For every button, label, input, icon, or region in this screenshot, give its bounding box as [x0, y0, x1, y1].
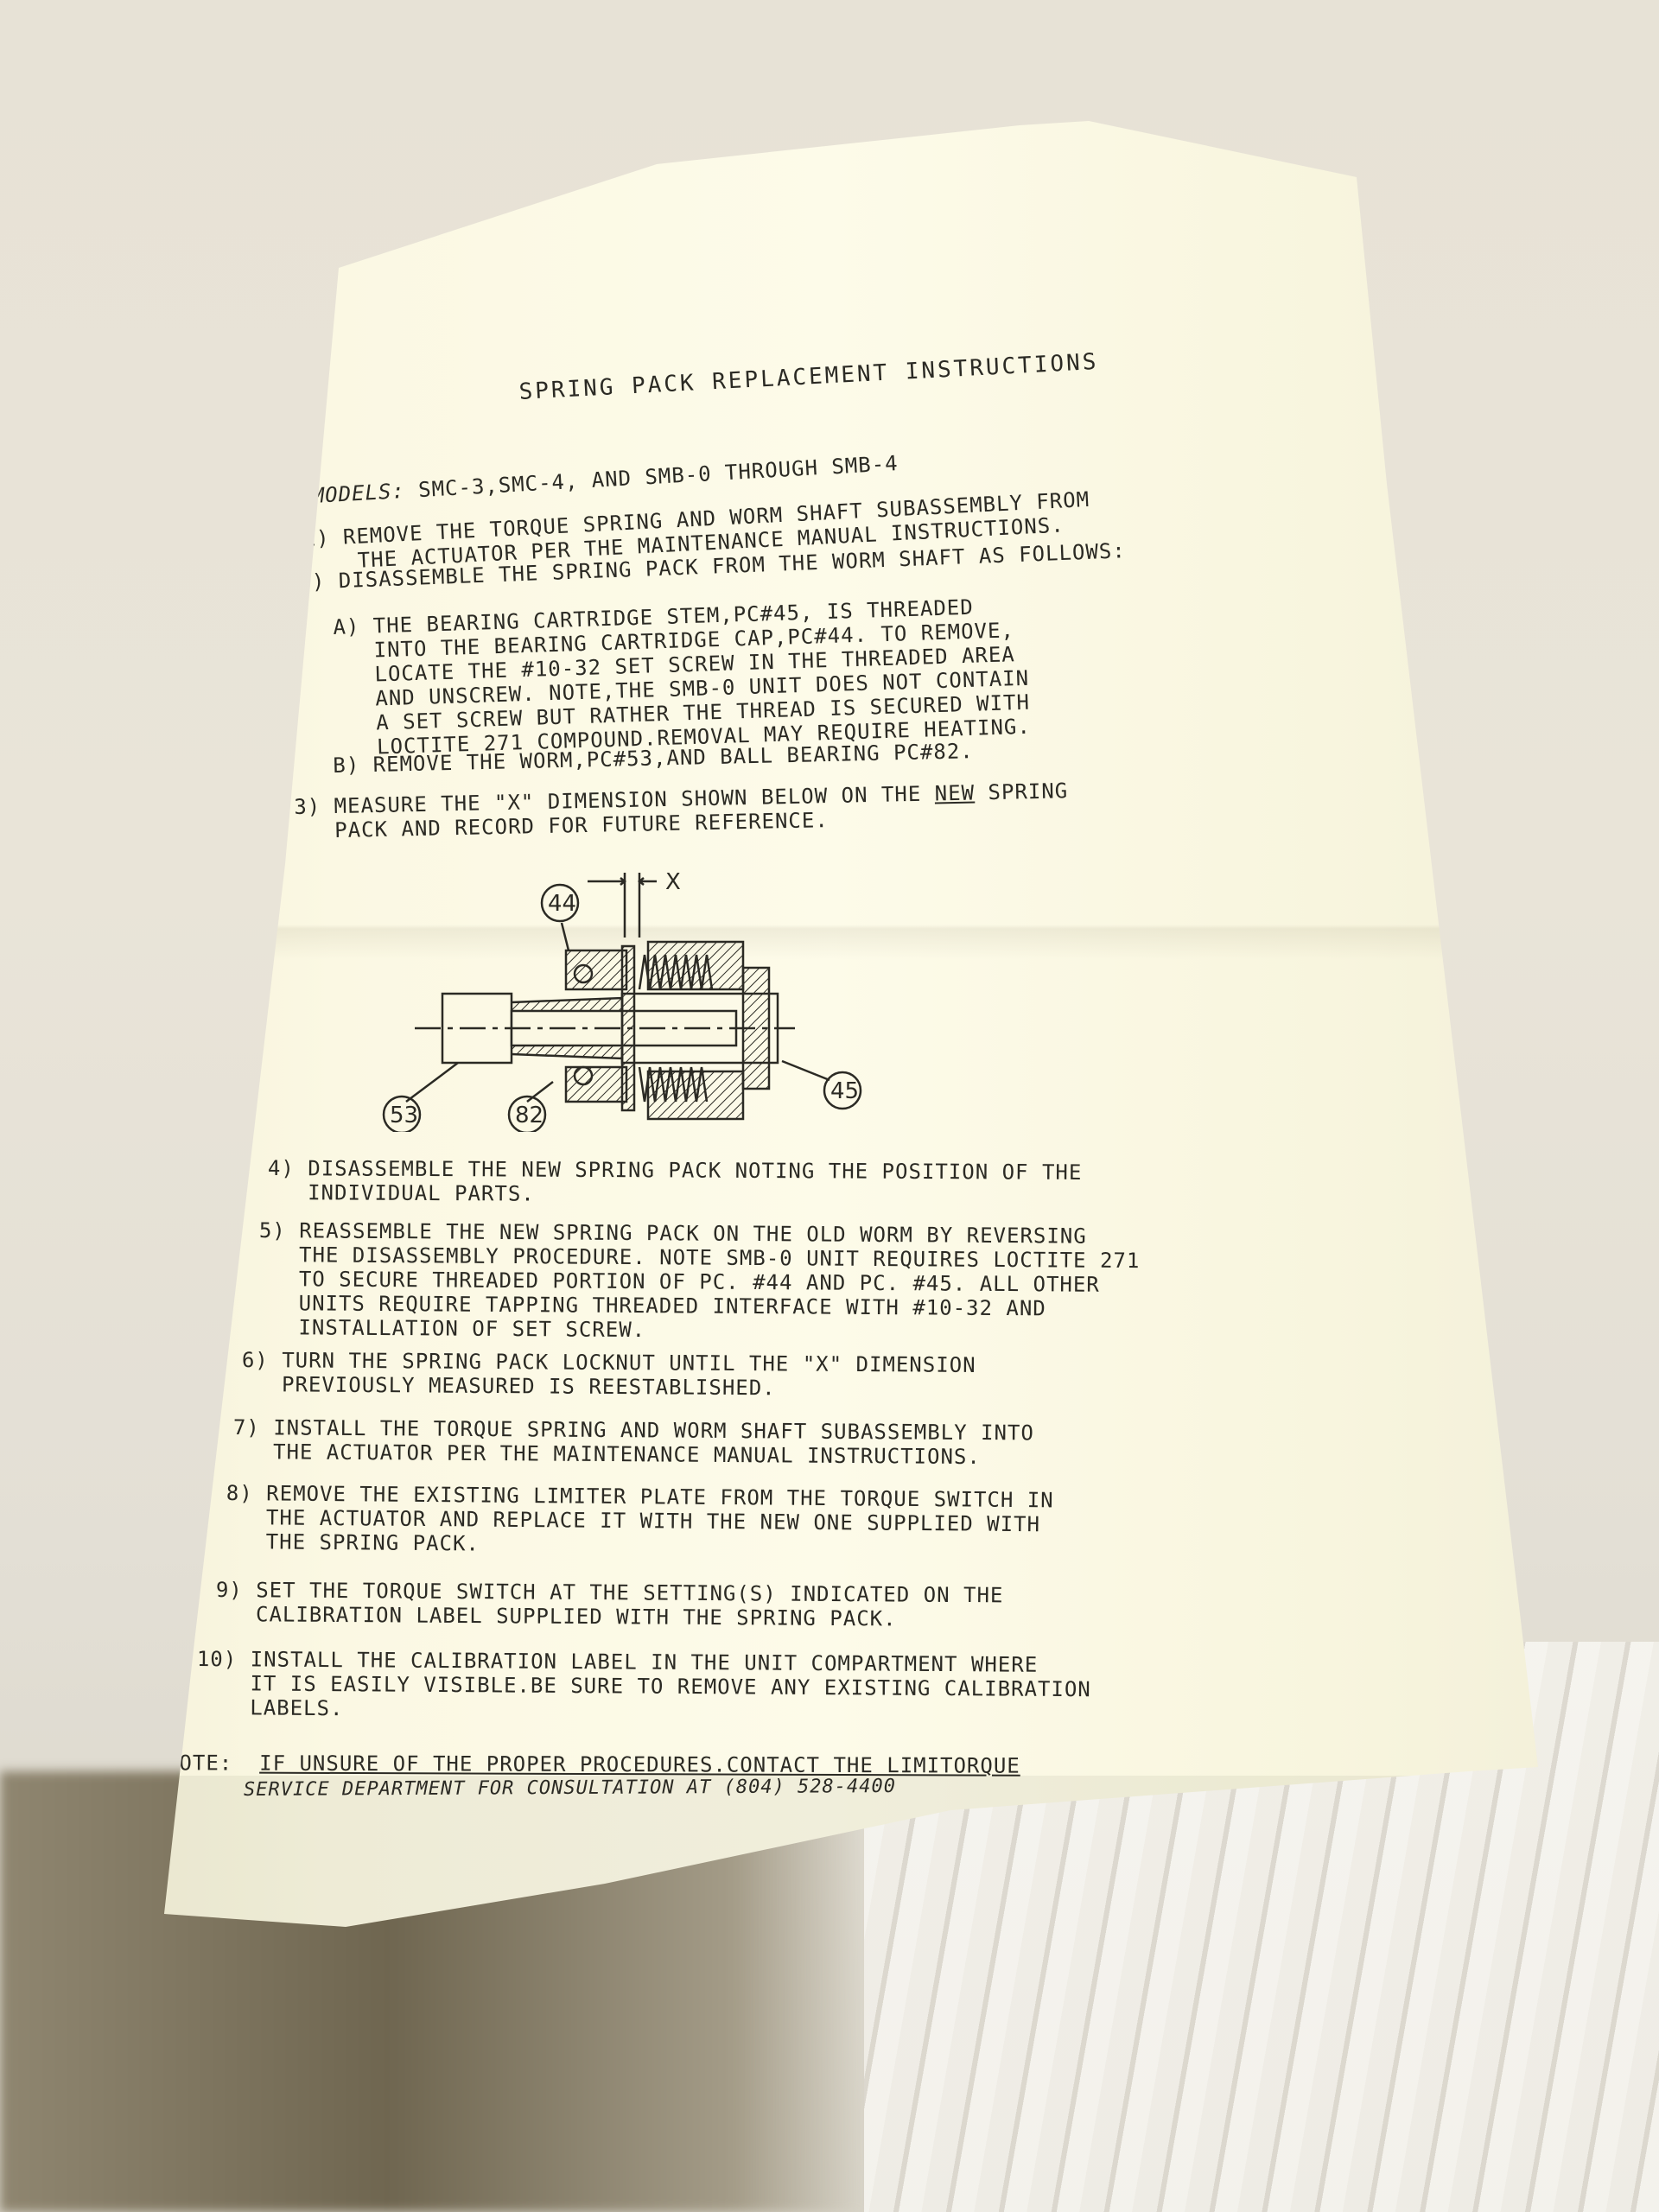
step-5: 5) REASSEMBLE THE NEW SPRING PACK ON THE…: [258, 1218, 1141, 1345]
step-line: IT IS EASILY VISIBLE.BE SURE TO REMOVE A…: [250, 1671, 1090, 1701]
models-line: MODELS: SMC-3,SMC-4, AND SMB-0 THROUGH S…: [311, 451, 899, 508]
step-number: 4): [268, 1156, 295, 1180]
step-3: 3) MEASURE THE "X" DIMENSION SHOWN BELOW…: [294, 779, 1069, 843]
emphasis-new: NEW: [934, 780, 975, 805]
step-number: 8): [226, 1481, 253, 1505]
step-line: THE SPRING PACK.: [266, 1529, 480, 1555]
step-number: 2): [298, 569, 326, 594]
step-7: 7) INSTALL THE TORQUE SPRING AND WORM SH…: [233, 1415, 1034, 1469]
step-number: 1): [302, 525, 330, 551]
document-title: SPRING PACK REPLACEMENT INSTRUCTIONS: [518, 350, 1099, 404]
step-number: 9): [216, 1578, 243, 1602]
step-number: 5): [259, 1218, 286, 1243]
step-number: 7): [233, 1415, 260, 1440]
step-line: CALIBRATION LABEL SUPPLIED WITH THE SPRI…: [256, 1602, 897, 1630]
callout-53: 53: [390, 1103, 418, 1128]
step-number: 10): [197, 1647, 238, 1671]
step-9: 9) SET THE TORQUE SWITCH AT THE SETTING(…: [216, 1578, 1004, 1631]
step-number: 3): [294, 794, 321, 819]
step-line: SPRING: [975, 779, 1069, 804]
step-line: INDIVIDUAL PARTS.: [308, 1180, 535, 1205]
callout-45: 45: [830, 1078, 859, 1104]
callout-82: 82: [515, 1103, 543, 1128]
step-4: 4) DISASSEMBLE THE NEW SPRING PACK NOTIN…: [268, 1156, 1083, 1209]
step-line: LABELS.: [250, 1695, 343, 1720]
step-line: THE ACTUATOR PER THE MAINTENANCE MANUAL …: [273, 1440, 981, 1469]
step-number: A): [333, 614, 360, 639]
note-contact: SERVICE DEPARTMENT FOR CONSULTATION AT (…: [244, 1775, 896, 1802]
step-number: B): [333, 753, 360, 778]
note-text: IF UNSURE OF THE PROPER PROCEDURES.CONTA…: [259, 1751, 1020, 1778]
step-6: 6) TURN THE SPRING PACK LOCKNUT UNTIL TH…: [242, 1348, 976, 1402]
note-line: NOTE: IF UNSURE OF THE PROPER PROCEDURES…: [166, 1751, 1020, 1777]
models-label: MODELS:: [311, 479, 406, 508]
step-10: 10) INSTALL THE CALIBRATION LABEL IN THE…: [196, 1647, 1091, 1726]
step-line: PREVIOUSLY MEASURED IS REESTABLISHED.: [282, 1372, 776, 1400]
callout-44: 44: [548, 891, 576, 917]
spring-pack-cross-section-diagram: 44 53 82 45 X: [363, 855, 1141, 1132]
dimension-x-label: X: [665, 869, 681, 895]
step-line: INSTALLATION OF SET SCREW.: [298, 1315, 645, 1342]
step-number: 6): [242, 1348, 269, 1372]
models-value: SMC-3,SMC-4, AND SMB-0 THROUGH SMB-4: [417, 451, 899, 502]
step-8: 8) REMOVE THE EXISTING LIMITER PLATE FRO…: [226, 1481, 1054, 1560]
step-2a: A) THE BEARING CARTRIDGE STEM,PC#45, IS …: [333, 594, 1031, 760]
